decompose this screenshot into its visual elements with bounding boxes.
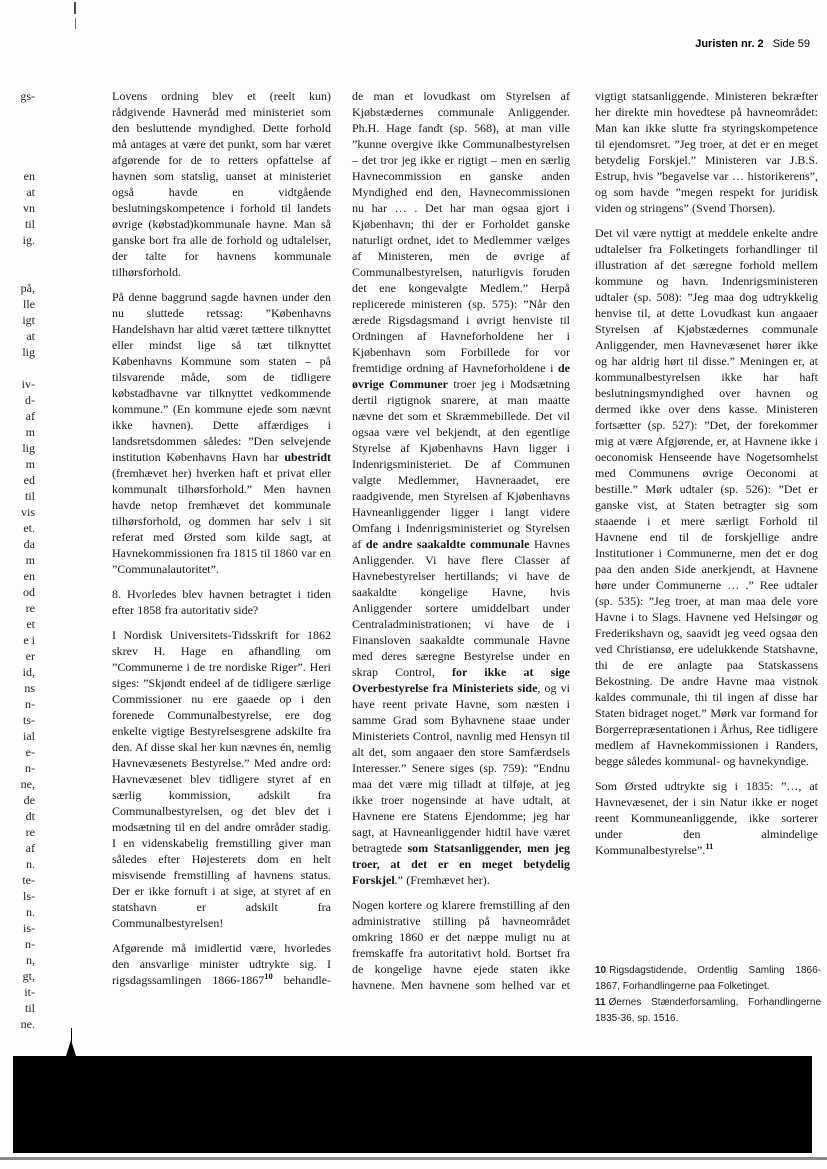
section-heading: 8. Hvorledes blev havnen betragtet i tid… xyxy=(112,586,331,618)
margin-fragment: lle xyxy=(0,296,35,312)
footnote: 11Øernes Stænderforsamling, Forhandlinge… xyxy=(595,995,821,1027)
footnote: 10Rigsdagstidende, Ordentlig Samling 186… xyxy=(595,963,821,995)
page-number: Side 59 xyxy=(773,38,810,50)
margin-strip: gs- enatvntilig. på,lleigtatlig iv-d-afm… xyxy=(0,88,38,1032)
margin-fragment: m xyxy=(0,424,35,440)
margin-fragment: ne, xyxy=(0,776,35,792)
margin-fragment: id, xyxy=(0,664,35,680)
margin-fragment: te- xyxy=(0,872,35,888)
margin-fragment: ns xyxy=(0,680,35,696)
paragraph: de man et lovudkast om Styrelsen af Kjøb… xyxy=(352,88,570,888)
footnote-number: 11 xyxy=(595,997,606,1008)
emphasized-text: de andre saakaldte communale xyxy=(366,537,530,551)
margin-fragment: is- xyxy=(0,920,35,936)
margin-fragment: at xyxy=(0,184,35,200)
margin-fragment: it- xyxy=(0,984,35,1000)
paragraph: Afgørende må imidlertid være, hvorledes … xyxy=(112,940,331,988)
text-run: Det vil være nyttigt at meddele enkelte … xyxy=(595,226,818,768)
text-run: vigtigt statsanliggende. Ministeren bekr… xyxy=(595,89,818,215)
text-column-1: Lovens ordning blev et (reelt kun) rådgi… xyxy=(112,88,331,988)
margin-fragment xyxy=(0,264,35,280)
margin-fragment: en xyxy=(0,168,35,184)
margin-fragment: af xyxy=(0,840,35,856)
scan-bar-spike xyxy=(66,1040,76,1056)
text-run: behandle- xyxy=(273,973,331,987)
margin-fragment xyxy=(0,136,35,152)
margin-fragment xyxy=(0,104,35,120)
emphasized-text: ubestridt xyxy=(284,450,331,464)
margin-fragment: ts- xyxy=(0,712,35,728)
margin-fragment: ed xyxy=(0,472,35,488)
margin-fragment: ls- xyxy=(0,888,35,904)
margin-fragment xyxy=(0,152,35,168)
margin-fragment xyxy=(0,120,35,136)
margin-fragment: od xyxy=(0,584,35,600)
text-run: troer jeg i Modsætning dertil rigtignok … xyxy=(352,377,570,551)
footnote-number: 10 xyxy=(595,965,606,976)
margin-fragment: m xyxy=(0,552,35,568)
margin-fragment xyxy=(0,360,35,376)
bottom-rule xyxy=(0,1157,827,1160)
margin-fragment: vis xyxy=(0,504,35,520)
margin-fragment: e i xyxy=(0,632,35,648)
margin-fragment: lig xyxy=(0,440,35,456)
text-column-2: de man et lovudkast om Styrelsen af Kjøb… xyxy=(352,88,570,993)
footnote-ref: 11 xyxy=(705,841,713,851)
margin-fragment: et xyxy=(0,616,35,632)
margin-fragment: er xyxy=(0,648,35,664)
scan-artifact-mark xyxy=(75,18,76,29)
margin-fragment: n. xyxy=(0,904,35,920)
text-run: .” (Fremhævet her). xyxy=(395,873,490,887)
text-run: I Nordisk Universitets-Tidsskrift for 18… xyxy=(112,628,331,930)
margin-fragment: en xyxy=(0,568,35,584)
margin-fragment: n, xyxy=(0,952,35,968)
margin-fragment: re xyxy=(0,600,35,616)
paragraph: I Nordisk Universitets-Tidsskrift for 18… xyxy=(112,627,331,931)
margin-fragment: ne. xyxy=(0,1016,35,1032)
margin-fragment: til xyxy=(0,216,35,232)
margin-fragment: iv- xyxy=(0,376,35,392)
margin-fragment: gs- xyxy=(0,88,35,104)
margin-fragment: et. xyxy=(0,520,35,536)
text-run: Havnes Anliggender. Vi have flere Classe… xyxy=(352,537,570,679)
page-header: Juristen nr. 2Side 59 xyxy=(695,38,810,50)
margin-fragment: ig. xyxy=(0,232,35,248)
margin-fragment: e- xyxy=(0,744,35,760)
margin-fragment: da xyxy=(0,536,35,552)
text-run: Lovens ordning blev et (reelt kun) rådgi… xyxy=(112,89,331,279)
paragraph: Nogen kortere og klarere fremstilling af… xyxy=(352,897,570,993)
margin-fragment: re xyxy=(0,824,35,840)
paragraph: Lovens ordning blev et (reelt kun) rådgi… xyxy=(112,88,331,280)
margin-fragment: til xyxy=(0,488,35,504)
scanned-journal-page: Juristen nr. 2Side 59 gs- enatvntilig. p… xyxy=(0,0,827,1169)
scan-artifact-mark xyxy=(74,2,76,14)
margin-fragment: til xyxy=(0,1000,35,1016)
text-run: de man et lovudkast om Styrelsen af Kjøb… xyxy=(352,89,570,375)
paragraph: Det vil være nyttigt at meddele enkelte … xyxy=(595,225,818,769)
paragraph: vigtigt statsanliggende. Ministeren bekr… xyxy=(595,88,818,216)
margin-fragment: vn xyxy=(0,200,35,216)
margin-fragment: ial xyxy=(0,728,35,744)
margin-fragment: dt xyxy=(0,808,35,824)
text-run: , og vi have reent private Havne, som næ… xyxy=(352,681,570,855)
footnote-ref: 10 xyxy=(264,971,273,981)
journal-title: Juristen nr. 2 xyxy=(695,38,763,50)
paragraph: På denne baggrund sagde havnen under den… xyxy=(112,289,331,577)
margin-fragment xyxy=(0,248,35,264)
margin-fragment: n. xyxy=(0,856,35,872)
margin-fragment: at xyxy=(0,328,35,344)
margin-fragment: på, xyxy=(0,280,35,296)
text-run: (fremhævet her) hverken haft et privat e… xyxy=(112,466,331,576)
paragraph: Som Ørsted udtrykte sig i 1835: ”…, at H… xyxy=(595,778,818,858)
text-column-3: vigtigt statsanliggende. Ministeren bekr… xyxy=(595,88,818,858)
margin-fragment: d- xyxy=(0,392,35,408)
text-run: Nogen kortere og klarere fremstilling af… xyxy=(352,898,570,992)
margin-fragment: igt xyxy=(0,312,35,328)
margin-fragment: af xyxy=(0,408,35,424)
scan-bar xyxy=(13,1056,812,1153)
margin-fragment: n- xyxy=(0,696,35,712)
text-run: 8. Hvorledes blev havnen betragtet i tid… xyxy=(112,587,331,617)
text-run: På denne baggrund sagde havnen under den… xyxy=(112,290,331,464)
margin-fragment: de xyxy=(0,792,35,808)
margin-fragment: gt, xyxy=(0,968,35,984)
margin-fragment: m xyxy=(0,456,35,472)
margin-fragment: lig xyxy=(0,344,35,360)
footnotes: 10Rigsdagstidende, Ordentlig Samling 186… xyxy=(595,963,821,1027)
margin-fragment: n- xyxy=(0,760,35,776)
margin-fragment: n- xyxy=(0,936,35,952)
